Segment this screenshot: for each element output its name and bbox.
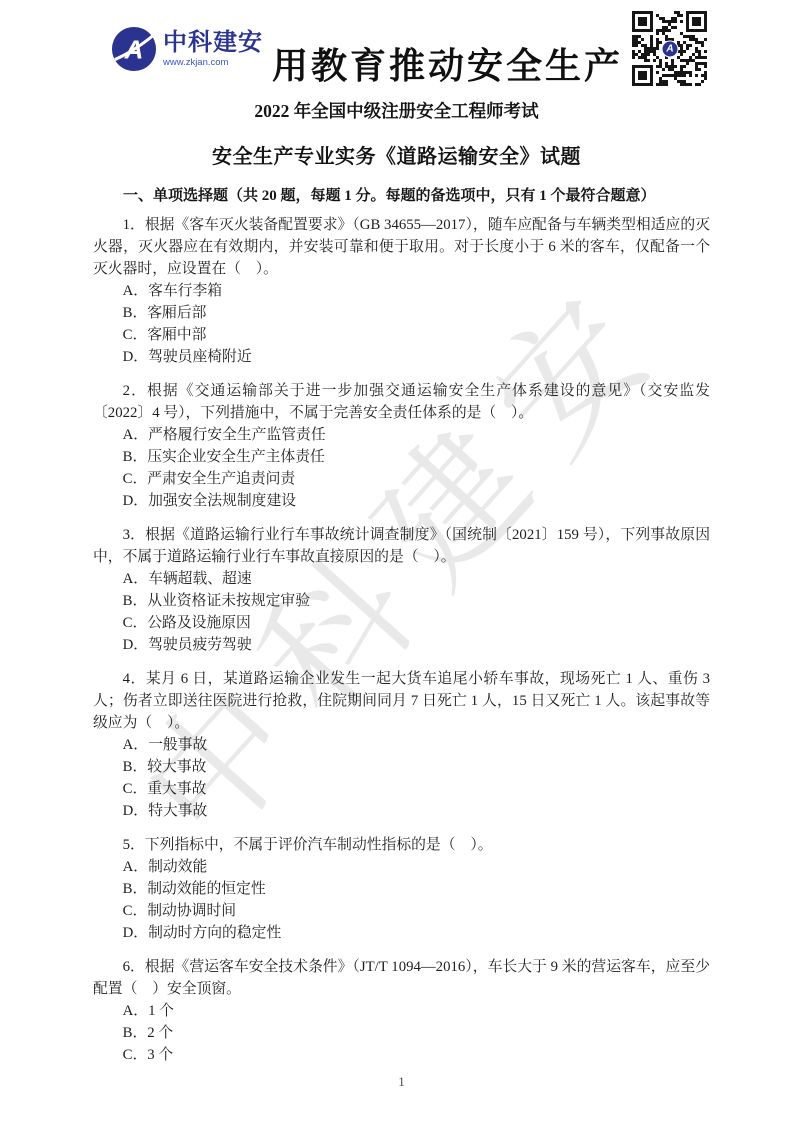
- question-option: A．制动效能: [123, 856, 710, 878]
- question-option: B．2 个: [123, 1022, 710, 1044]
- brand-logo: A 中科建安 www.zkjan.com: [111, 26, 263, 72]
- question-option: D．特大事故: [123, 800, 710, 822]
- question-stem: 1．根据《客车灭火装备配置要求》（GB 34655—2017），随车应配备与车辆…: [93, 214, 710, 280]
- question-option: B．较大事故: [123, 756, 710, 778]
- question: 5．下列指标中，不属于评价汽车制动性指标的是（ ）。 A．制动效能B．制动效能的…: [93, 834, 710, 944]
- question-options: A．制动效能B．制动效能的恒定性C．制动协调时间D．制动时方向的稳定性: [93, 856, 710, 944]
- question-stem: 6．根据《营运客车安全技术条件》（JT/T 1094—2016），车长大于 9 …: [93, 956, 710, 1000]
- question-option: A．车辆超载、超速: [123, 568, 710, 590]
- page-number: 1: [93, 1074, 710, 1090]
- question: 6．根据《营运客车安全技术条件》（JT/T 1094—2016），车长大于 9 …: [93, 956, 710, 1066]
- exam-body: 一、单项选择题（共 20 题，每题 1 分。每题的备选项中，只有 1 个最符合题…: [0, 185, 793, 1090]
- question-options: A．一般事故B．较大事故C．重大事故D．特大事故: [93, 734, 710, 822]
- question-option: A．严格履行安全生产监管责任: [123, 424, 710, 446]
- page-subtitle: 安全生产专业实务《道路运输安全》试题: [0, 140, 793, 169]
- question-stem: 5．下列指标中，不属于评价汽车制动性指标的是（ ）。: [93, 834, 710, 856]
- question-option: D．加强安全法规制度建设: [123, 490, 710, 512]
- question: 2．根据《交通运输部关于进一步加强交通运输安全生产体系建设的意见》（交安监发〔2…: [93, 380, 710, 512]
- question-option: C．严肃安全生产追责问责: [123, 468, 710, 490]
- question-stem: 4．某月 6 日，某道路运输企业发生一起大货车追尾小轿车事故，现场死亡 1 人、…: [93, 668, 710, 734]
- question-option: A．1 个: [123, 1000, 710, 1022]
- question-option: B．客厢后部: [123, 302, 710, 324]
- question-stem: 2．根据《交通运输部关于进一步加强交通运输安全生产体系建设的意见》（交安监发〔2…: [93, 380, 710, 424]
- brand-logo-icon: A: [111, 26, 157, 72]
- qr-center-logo-icon: A: [662, 41, 679, 58]
- qr-code: A: [631, 10, 709, 88]
- question-option: D．制动时方向的稳定性: [123, 922, 710, 944]
- exam-document-page: 中科建安 A 中科建安 www.zkjan.com 用教育推动安全生产 A 20…: [0, 0, 793, 1121]
- question-option: B．制动效能的恒定性: [123, 878, 710, 900]
- question-option: A．一般事故: [123, 734, 710, 756]
- question-option: B．压实企业安全生产主体责任: [123, 446, 710, 468]
- question-option: C．公路及设施原因: [123, 612, 710, 634]
- brand-name: 中科建安: [163, 31, 263, 55]
- question-option: C．制动协调时间: [123, 900, 710, 922]
- brand-url: www.zkjan.com: [163, 58, 263, 68]
- header-slogan: 用教育推动安全生产: [272, 38, 608, 89]
- question-option: C．客厢中部: [123, 324, 710, 346]
- question-options: A．客车行李箱B．客厢后部C．客厢中部D．驾驶员座椅附近: [93, 280, 710, 368]
- question: 4．某月 6 日，某道路运输企业发生一起大货车追尾小轿车事故，现场死亡 1 人、…: [93, 668, 710, 822]
- section-heading: 一、单项选择题（共 20 题，每题 1 分。每题的备选项中，只有 1 个最符合题…: [93, 185, 710, 207]
- question-option: A．客车行李箱: [123, 280, 710, 302]
- question: 1．根据《客车灭火装备配置要求》（GB 34655—2017），随车应配备与车辆…: [93, 214, 710, 368]
- question-stem: 3．根据《道路运输行业行车事故统计调查制度》（国统制〔2021〕159 号），下…: [93, 524, 710, 568]
- document-header: A 中科建安 www.zkjan.com 用教育推动安全生产 A: [0, 0, 793, 94]
- question-options: A．车辆超载、超速B．从业资格证未按规定审验C．公路及设施原因D．驾驶员疲劳驾驶: [93, 568, 710, 656]
- page-title: 2022 年全国中级注册安全工程师考试: [0, 98, 793, 123]
- question-option: C．重大事故: [123, 778, 710, 800]
- questions: 1．根据《客车灭火装备配置要求》（GB 34655—2017），随车应配备与车辆…: [93, 214, 710, 1066]
- question-options: A．严格履行安全生产监管责任B．压实企业安全生产主体责任C．严肃安全生产追责问责…: [93, 424, 710, 512]
- question-options: A．1 个B．2 个C．3 个: [93, 1000, 710, 1066]
- question-option: D．驾驶员座椅附近: [123, 346, 710, 368]
- question-option: D．驾驶员疲劳驾驶: [123, 634, 710, 656]
- question-option: C．3 个: [123, 1044, 710, 1066]
- question-option: B．从业资格证未按规定审验: [123, 590, 710, 612]
- question: 3．根据《道路运输行业行车事故统计调查制度》（国统制〔2021〕159 号），下…: [93, 524, 710, 656]
